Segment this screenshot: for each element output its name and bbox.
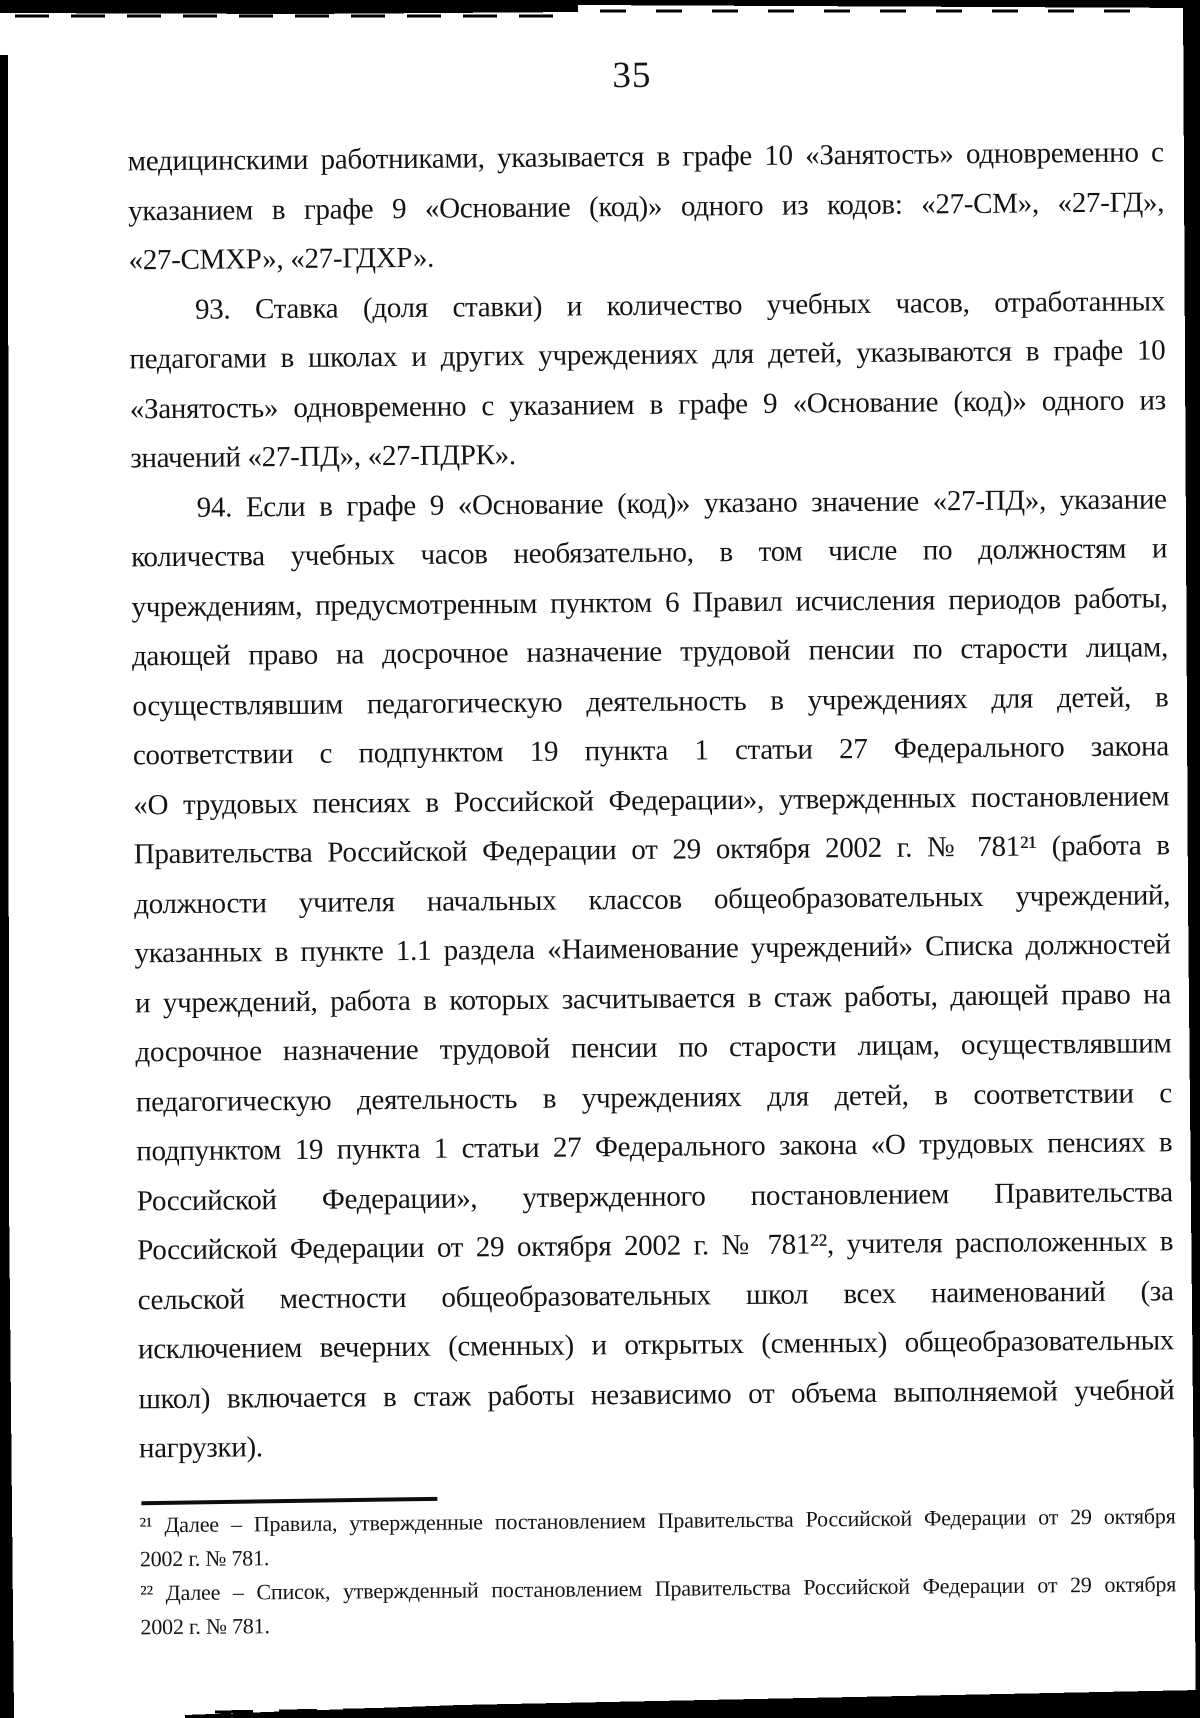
text-line: Правительства Российской Федерации от 29… bbox=[134, 821, 1170, 880]
text-line: значений «27-ПД», «27-ПДРК». bbox=[130, 425, 1166, 484]
text-line: педагогическую деятельность в учреждения… bbox=[136, 1069, 1172, 1128]
text-line: нагрузки). bbox=[139, 1415, 1175, 1474]
text-line: 94. Если в графе 9 «Основание (код)» ука… bbox=[131, 475, 1167, 534]
text-line: «Занятость» одновременно с указанием в г… bbox=[130, 376, 1166, 435]
text-line: и учреждений, работа в которых засчитыва… bbox=[135, 970, 1171, 1029]
text-line: «О трудовых пенсиях в Российской Федерац… bbox=[133, 772, 1169, 831]
text-line: подпунктом 19 пункта 1 статьи 27 Федерал… bbox=[136, 1118, 1172, 1177]
text-line: количества учебных часов необязательно, … bbox=[131, 524, 1167, 583]
text-line: педагогами в школах и других учреждениях… bbox=[129, 326, 1165, 385]
footnote-21: ²¹ Далее – Правила, утвержденные постано… bbox=[139, 1499, 1176, 1576]
text-line: дающей право на досрочное назначение тру… bbox=[132, 623, 1168, 682]
text-line: указанием в графе 9 «Основание (код)» од… bbox=[128, 178, 1164, 237]
text-line: указанных в пункте 1.1 раздела «Наименов… bbox=[134, 920, 1170, 979]
paragraph-continuation: медицинскими работниками, указывается в … bbox=[127, 128, 1164, 286]
paragraph-94: 94. Если в графе 9 «Основание (код)» ука… bbox=[131, 475, 1176, 1474]
text-line: сельской местности общеобразовательных ш… bbox=[137, 1267, 1173, 1326]
text-line: соответствии с подпунктом 19 пункта 1 ст… bbox=[133, 722, 1169, 781]
page-number: 35 bbox=[0, 50, 1200, 101]
footnote-22: ²² Далее – Список, утвержденный постанов… bbox=[140, 1567, 1177, 1644]
footnotes-block: ²¹ Далее – Правила, утвержденные постано… bbox=[139, 1499, 1176, 1644]
text-line: Российской Федерации», утвержденного пос… bbox=[137, 1168, 1173, 1227]
page-content: 35 медицинскими работниками, указывается… bbox=[0, 0, 1200, 1718]
document-body: медицинскими работниками, указывается в … bbox=[127, 128, 1175, 1473]
text-line: должности учителя начальных классов обще… bbox=[134, 871, 1170, 930]
text-line: 93. Ставка (доля ставки) и количество уч… bbox=[129, 277, 1165, 336]
text-line: школ) включается в стаж работы независим… bbox=[138, 1366, 1174, 1425]
text-line: осуществлявшим педагогическую деятельнос… bbox=[132, 673, 1168, 732]
footnote-separator-rule bbox=[141, 1497, 437, 1505]
text-line: «27-СМХР», «27-ГДХР». bbox=[128, 227, 1164, 286]
text-line: исключением вечерних (сменных) и открыты… bbox=[138, 1316, 1174, 1375]
paragraph-93: 93. Ставка (доля ставки) и количество уч… bbox=[129, 277, 1167, 484]
text-line: учреждениям, предусмотренным пунктом 6 П… bbox=[131, 574, 1167, 633]
text-line: медицинскими работниками, указывается в … bbox=[127, 128, 1163, 187]
text-line: Российской Федерации от 29 октября 2002 … bbox=[137, 1217, 1173, 1276]
text-line: досрочное назначение трудовой пенсии по … bbox=[135, 1019, 1171, 1078]
scanned-document-page: 35 медицинскими работниками, указывается… bbox=[0, 0, 1200, 1718]
